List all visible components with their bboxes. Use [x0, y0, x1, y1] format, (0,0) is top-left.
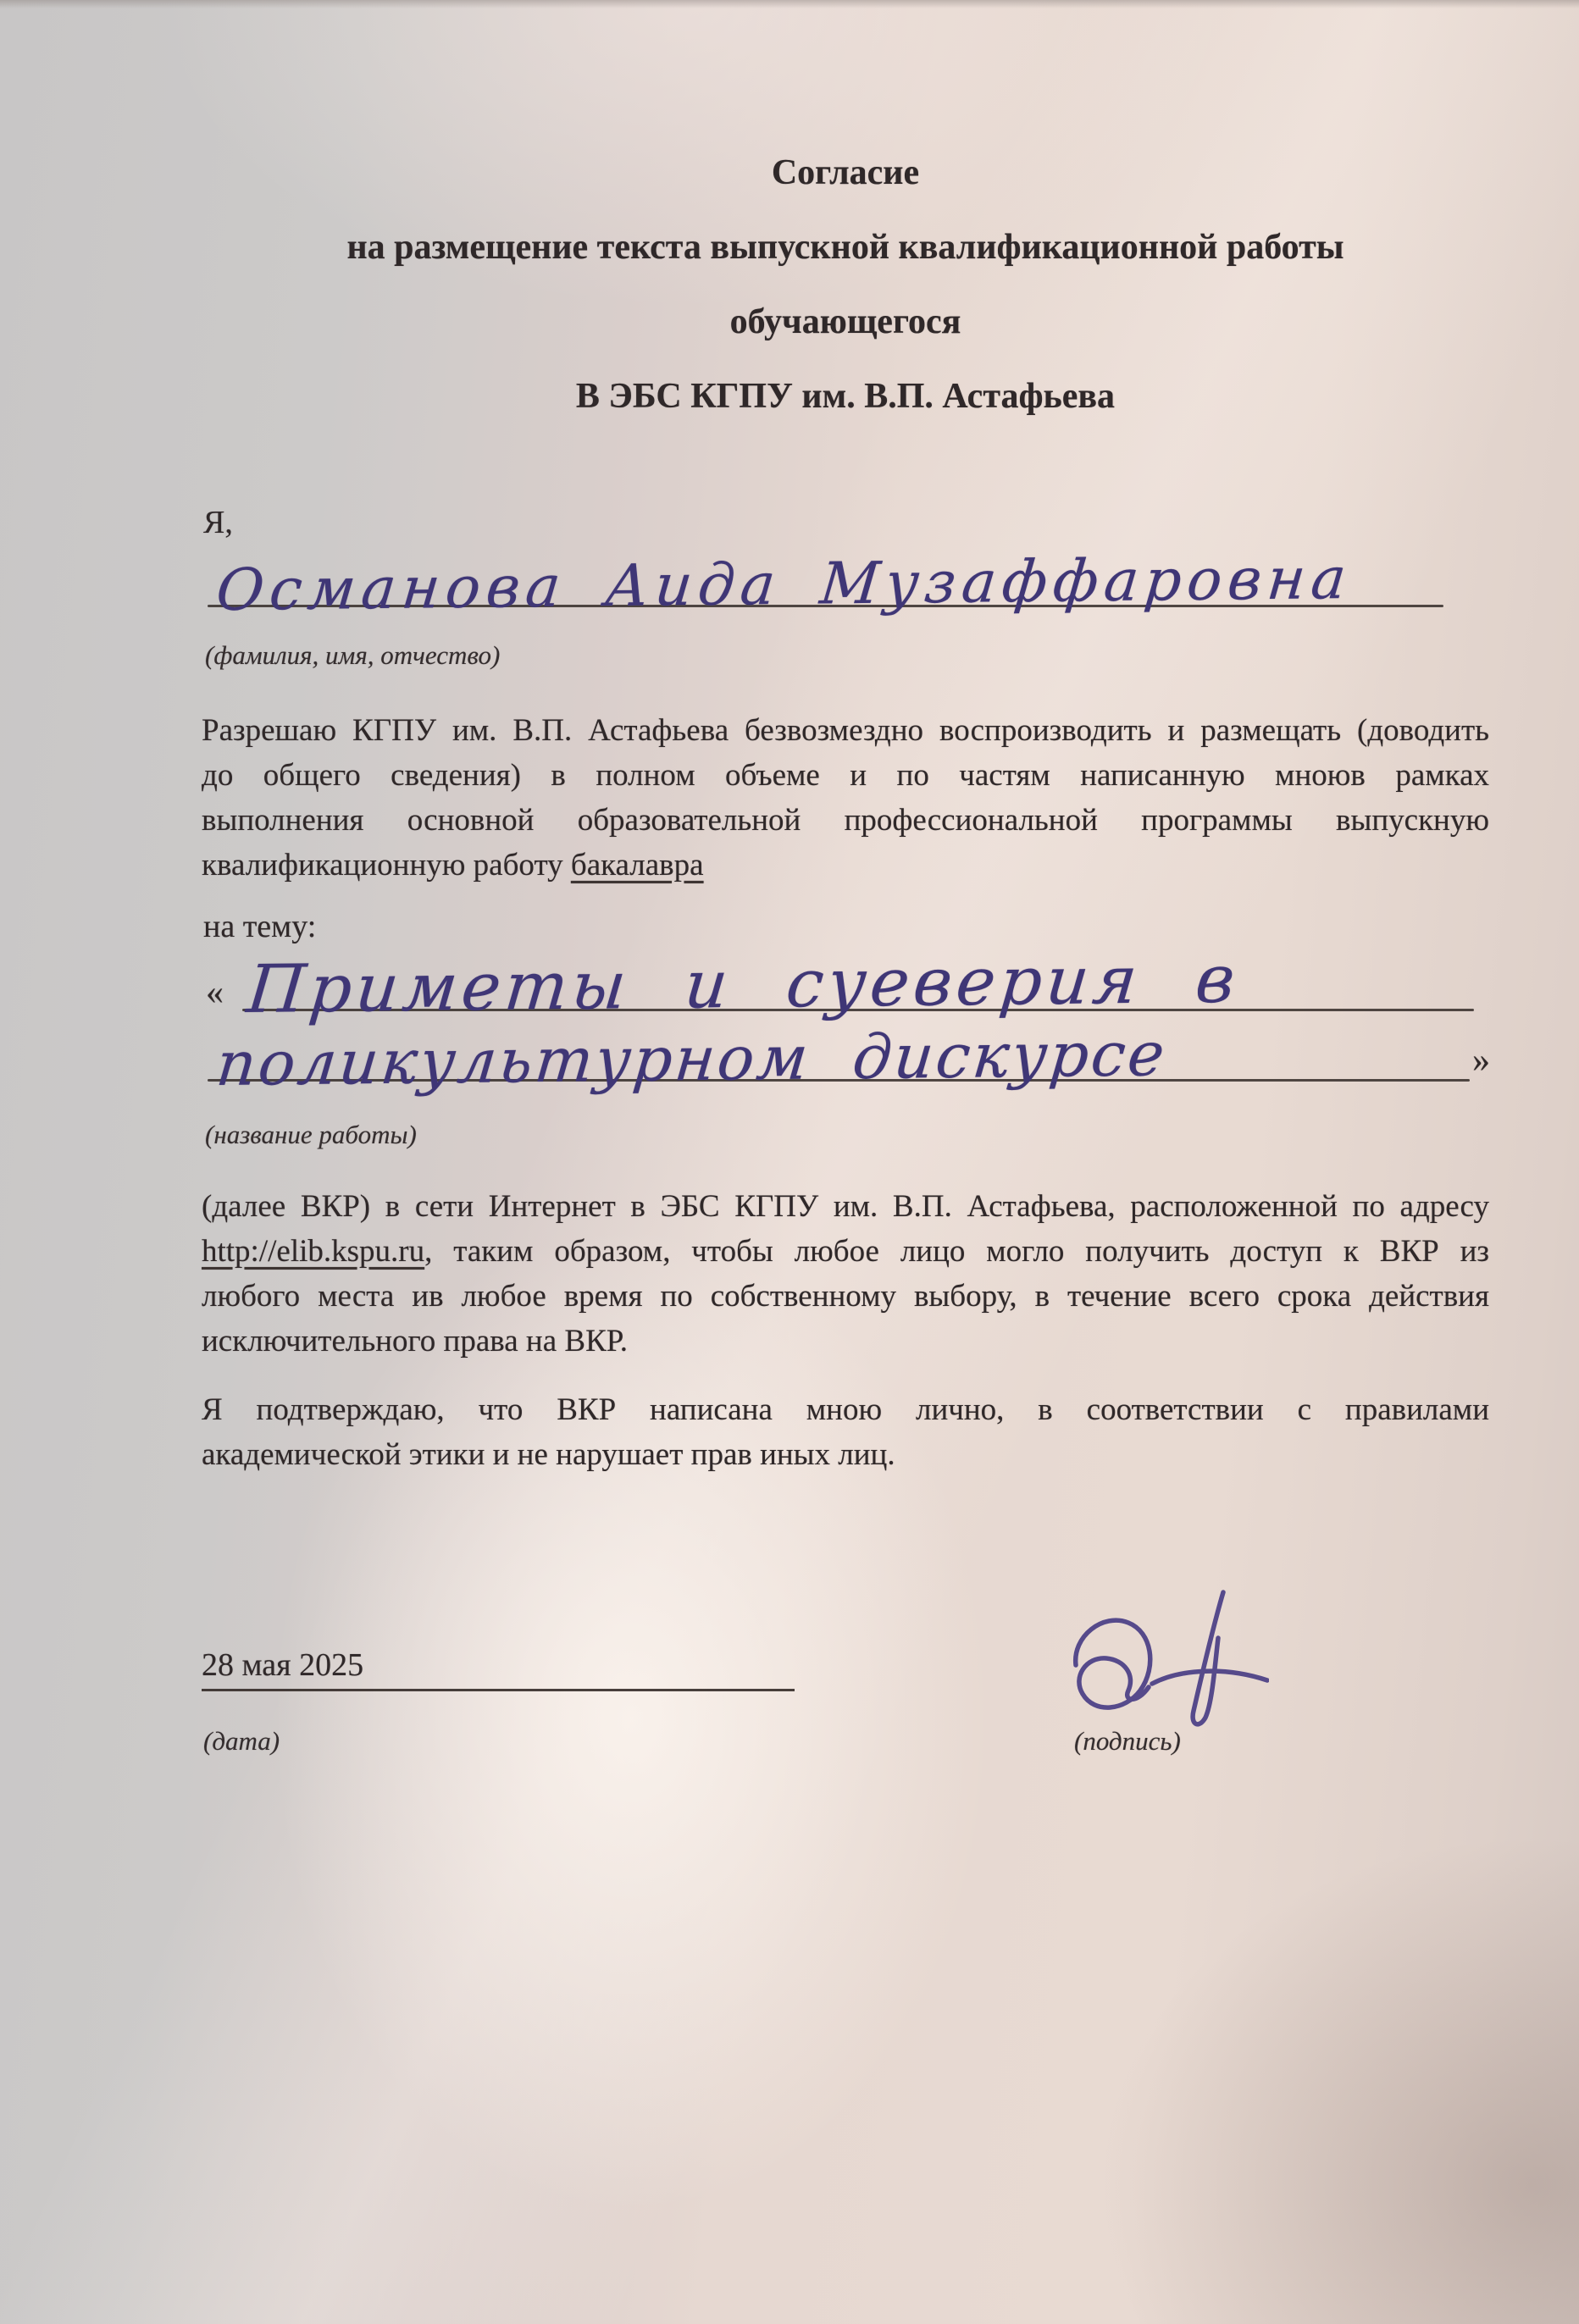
permission-line-3: выполнения основной образовательной проф… [202, 798, 1489, 843]
internet-paragraph: (далее ВКР) в сети Интернет в ЭБС КГПУ и… [202, 1184, 1489, 1364]
signature [1057, 1585, 1269, 1734]
permission-line-1: Разрешаю КГПУ им. В.П. Астафьева безвозм… [202, 708, 1489, 753]
document-photo: Согласие на размещение текста выпускной … [0, 0, 1579, 2324]
internet-line-2: http://elib.kspu.ru, таким образом, чтоб… [202, 1229, 1489, 1274]
confirmation-paragraph: Я подтверждаю, что ВКР написана мною лич… [202, 1387, 1489, 1477]
form-title-line-1: Согласие [202, 136, 1489, 210]
elib-url: http://elib.kspu.ru [202, 1234, 424, 1269]
topic-handwritten-line-2: поликультурном дискурсе [213, 1018, 1170, 1099]
confirmation-line-2: академической этики и не нарушает прав и… [202, 1432, 1489, 1477]
signature-caption: (подпись) [1074, 1726, 1181, 1757]
permission-line-2: до общего сведения) в полном объеме и по… [202, 753, 1489, 798]
form-title-line-4: В ЭБС КГПУ им. В.П. Астафьева [202, 359, 1489, 434]
topic-label: на тему: [203, 908, 316, 945]
internet-line-3: любого места ив любое время по собственн… [202, 1274, 1489, 1319]
open-quote-mark: « [206, 972, 224, 1013]
date-caption: (дата) [203, 1726, 280, 1757]
permission-line-4: квалификационную работу бакалавра [202, 843, 1489, 888]
date-underline-tail [363, 1689, 795, 1691]
signature-crossbar [1152, 1671, 1267, 1684]
form-title-block: Согласие на размещение текста выпускной … [202, 136, 1489, 434]
topic-handwritten-line-1: Приметы и суеверия в [244, 942, 1242, 1028]
permission-paragraph: Разрешаю КГПУ им. В.П. Астафьева безвозм… [202, 708, 1489, 888]
internet-line-4: исключительного права на ВКР. [202, 1319, 1489, 1364]
pronoun-ya: Я, [203, 504, 233, 541]
work-title-caption: (название работы) [205, 1120, 417, 1150]
close-quote-mark: » [1472, 1040, 1490, 1081]
signature-a-stroke [1193, 1592, 1223, 1724]
fio-caption: (фамилия, имя, отчество) [205, 640, 500, 671]
student-name-handwritten: Османова Аида Музаффаровна [213, 545, 1355, 624]
permission-line-4-prefix: квалификационную работу [202, 848, 563, 883]
degree-underlined: бакалавра [571, 848, 704, 883]
date-row: 28 мая 2025 [202, 1646, 795, 1691]
signature-o-loop [1076, 1620, 1150, 1707]
confirmation-line-1: Я подтверждаю, что ВКР написана мною лич… [202, 1387, 1489, 1432]
form-title-line-3: обучающегося [202, 285, 1489, 359]
date-value: 28 мая 2025 [202, 1646, 363, 1691]
internet-line-1: (далее ВКР) в сети Интернет в ЭБС КГПУ и… [202, 1184, 1489, 1229]
internet-line-2-rest: , таким образом, чтобы любое лицо могло … [424, 1234, 1489, 1269]
form-title-line-2: на размещение текста выпускной квалифика… [202, 210, 1489, 285]
